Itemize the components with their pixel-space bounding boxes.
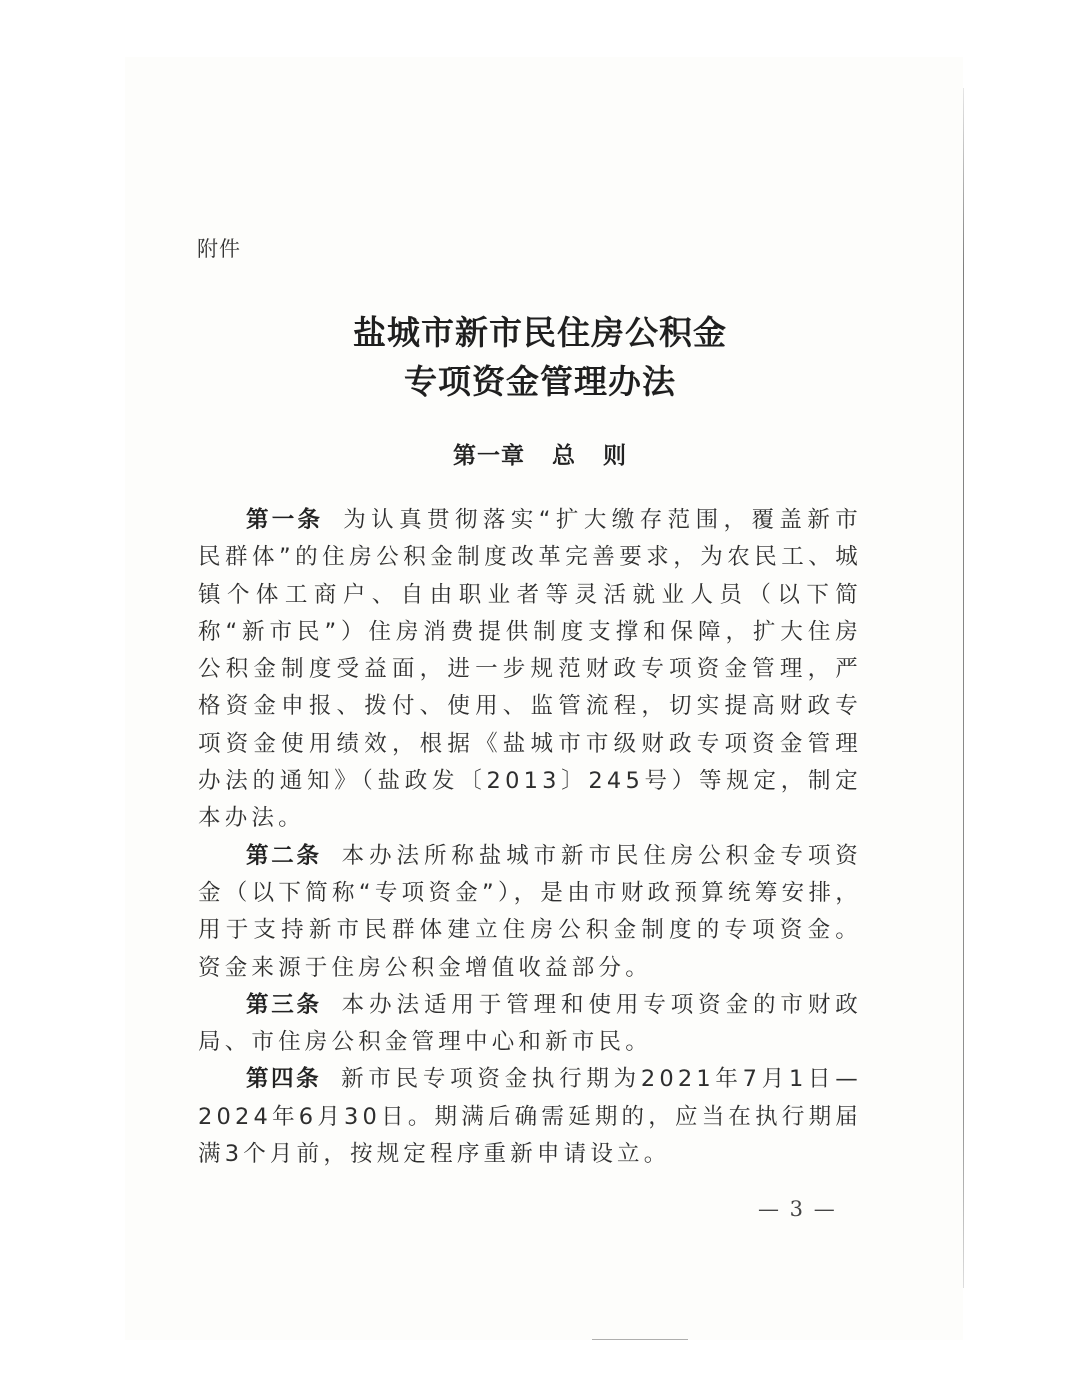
article-4: 第四条新市民专项资金执行期为2021年7月1日—2024年6月30日。期满后确需… xyxy=(198,1061,862,1173)
article-3: 第三条本办法适用于管理和使用专项资金的市财政局、市住房公积金管理中心和新市民。 xyxy=(198,987,862,1062)
attachment-label: 附件 xyxy=(197,233,241,263)
article-text: 为认真贯彻落实“扩大缴存范围，覆盖新市民群体”的住房公积金制度改革完善要求，为农… xyxy=(198,507,862,831)
article-1: 第一条为认真贯彻落实“扩大缴存范围，覆盖新市民群体”的住房公积金制度改革完善要求… xyxy=(198,502,862,838)
page-edge-right xyxy=(963,88,964,1288)
document-body: 第一条为认真贯彻落实“扩大缴存范围，覆盖新市民群体”的住房公积金制度改革完善要求… xyxy=(198,502,862,1173)
article-number: 第一条 xyxy=(246,507,323,533)
page-edge-bottom xyxy=(592,1339,688,1340)
article-number: 第四条 xyxy=(246,1066,321,1092)
document-title-line2: 专项资金管理办法 xyxy=(0,356,1080,403)
page-number: — 3 — xyxy=(758,1197,837,1221)
article-number: 第三条 xyxy=(246,992,322,1018)
article-number: 第二条 xyxy=(246,843,322,869)
chapter-heading: 第一章 总 则 xyxy=(0,437,1080,470)
document-title-line1: 盐城市新市民住房公积金 xyxy=(0,307,1080,354)
article-2: 第二条本办法所称盐城市新市民住房公积金专项资金（以下简称“专项资金”），是由市财… xyxy=(198,838,862,987)
